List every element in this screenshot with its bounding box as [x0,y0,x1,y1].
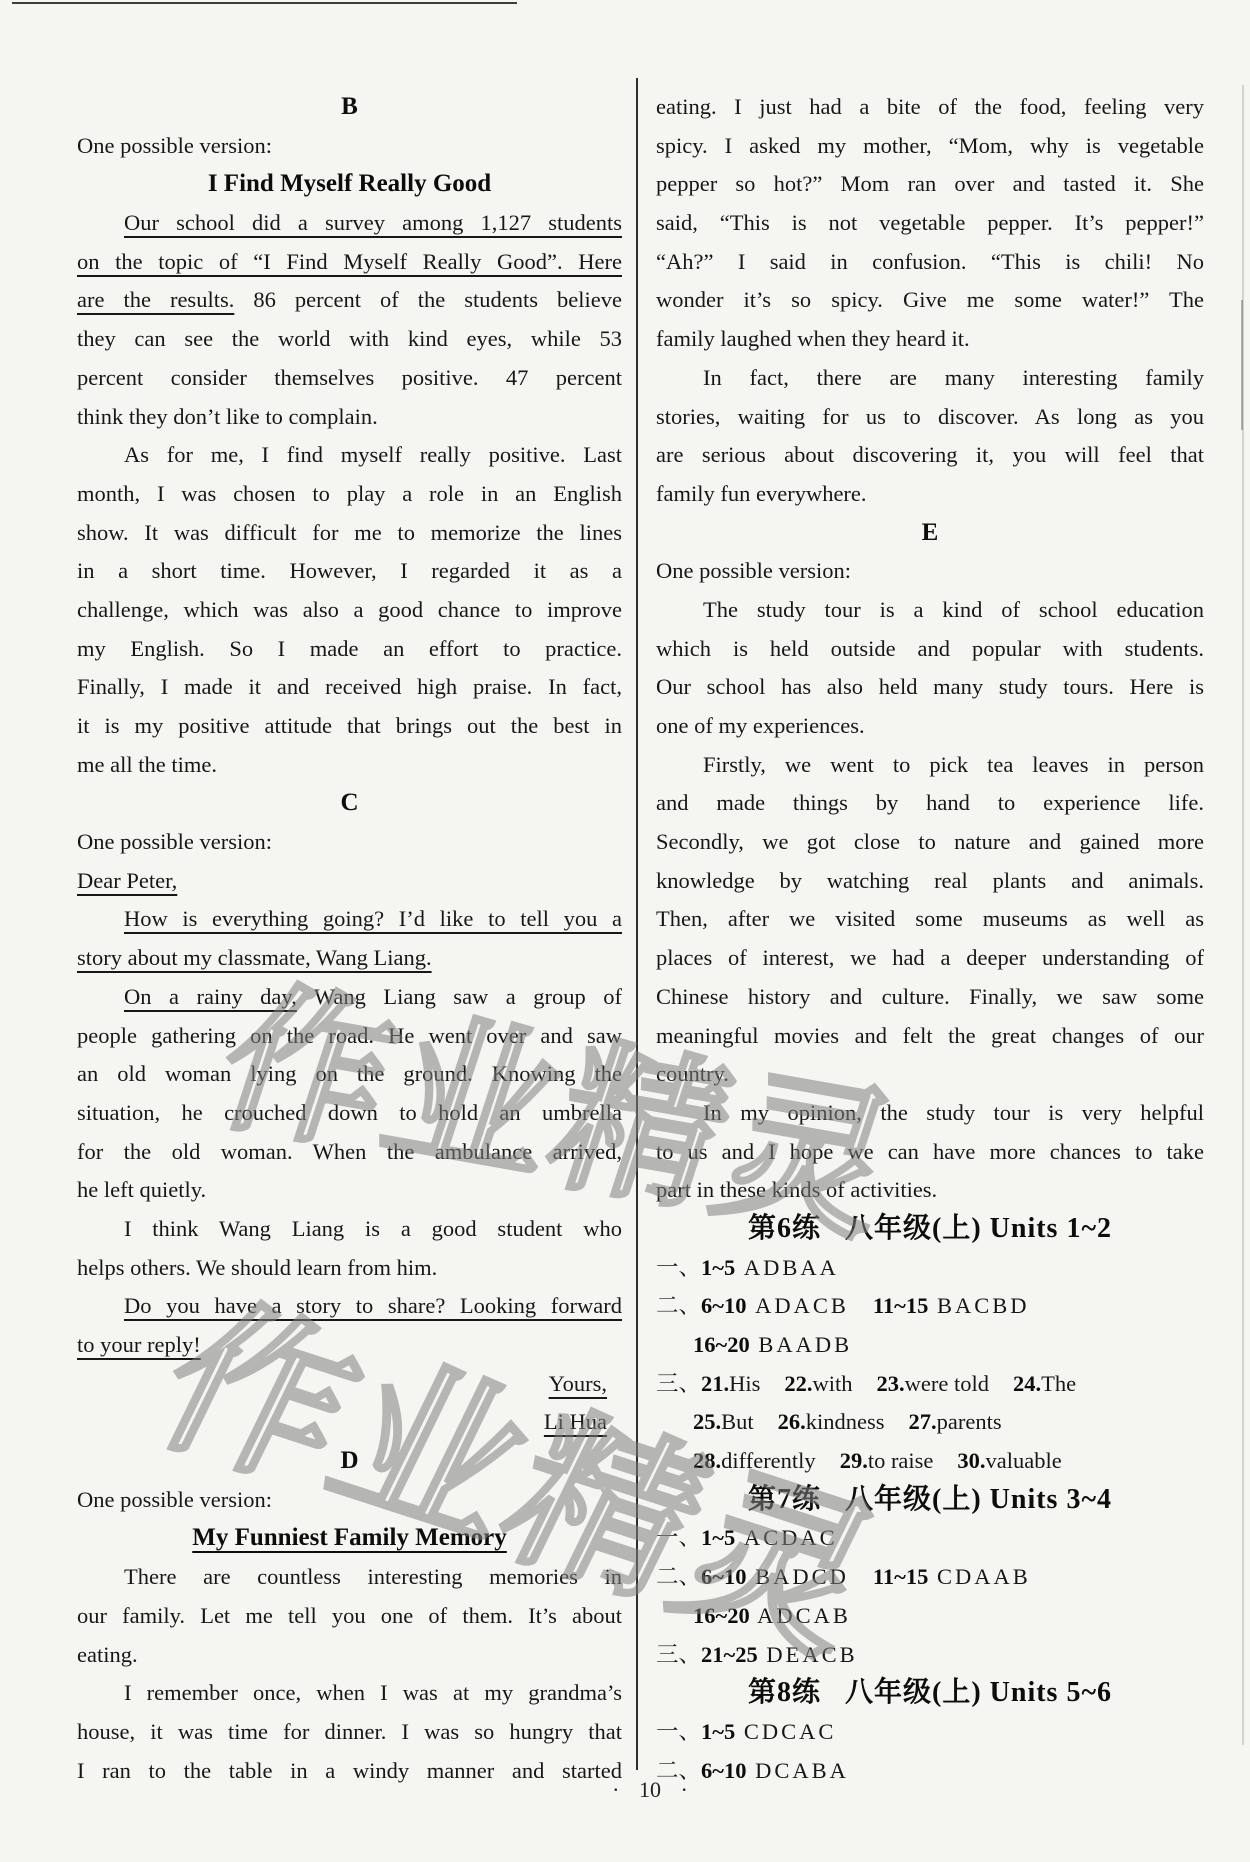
answer-line: 二、6~10 BADCD11~15 CDAAB [656,1558,1204,1597]
text-segment: me all the time. [77,752,217,777]
text-segment: month, I was chosen to play a role in an… [77,481,622,506]
text-segment: 八年级(上) Units 5~6 [845,1677,1112,1708]
text-line: meaningful movies and felt the great cha… [656,1017,1204,1056]
text-segment: 1~5 [701,1255,735,1280]
text-segment: The [1041,1371,1076,1396]
text-line: pepper so hot?” Mom ran over and tasted … [656,165,1204,204]
text-segment: Finally, I made it and received high pra… [77,674,622,699]
text-segment: 二、 [656,1293,701,1318]
label-version: One possible version: [656,552,1204,591]
text-segment: 23. [877,1371,905,1396]
text-segment: Firstly, we went to pick tea leaves in p… [703,752,1204,777]
text-segment: Chinese history and culture. Finally, we… [656,984,1204,1009]
text-segment: I think Wang Liang is a good student who [124,1216,622,1241]
text-segment: 一、 [656,1525,701,1550]
text-line: house, it was time for dinner. I was so … [77,1713,622,1752]
text-line: I think Wang Liang is a good student who [77,1210,622,1249]
text-line: and made things by hand to experience li… [656,784,1204,823]
text-line: Our school has also held many study tour… [656,668,1204,707]
text-segment: 21~25 [701,1642,758,1667]
text-line: in a short time. However, I regarded it … [77,552,622,591]
text-line: In my opinion, the study tour is very he… [656,1094,1204,1133]
text-line: Our school did a survey among 1,127 stud… [77,204,622,243]
text-segment: One possible version: [77,829,272,854]
text-segment: kindness [806,1409,885,1434]
text-segment: How is everything going? I’d like to tel… [124,906,622,931]
text-line: month, I was chosen to play a role in an… [77,475,622,514]
text-segment: knowledge by watching real plants and an… [656,868,1204,893]
text-segment: “Ah?” I said in confusion. “This is chil… [656,249,1204,274]
text-segment: wonder it’s so spicy. Give me some water… [656,287,1204,312]
text-segment: spicy. I asked my mother, “Mom, why is v… [656,133,1204,158]
text-segment: house, it was time for dinner. I was so … [77,1719,622,1744]
text-line: for the old woman. When the ambulance ar… [77,1133,622,1172]
text-segment: country. [656,1061,729,1086]
text-segment: 29. [840,1448,868,1473]
text-segment: B [341,93,358,120]
letter-salutation: Dear Peter, [77,862,622,901]
text-segment: 6~10 [701,1293,746,1318]
text-line: part in these kinds of activities. [656,1171,1204,1210]
section-letter-b: B [77,88,622,127]
text-line: percent consider themselves positive. 47… [77,359,622,398]
text-segment: 21. [701,1371,729,1396]
answer-line: 二、6~10 ADACB11~15 BACBD [656,1287,1204,1326]
page-number: · 10 · [550,1775,750,1805]
text-line: I ran to the table in a windy manner and… [77,1752,622,1791]
text-segment: As for me, I find myself really positive… [124,442,622,467]
text-segment: helps others. We should learn from him. [77,1255,437,1280]
answer-heading-lesson8: 第8练八年级(上) Units 5~6 [656,1674,1204,1713]
text-segment: DEACB [758,1642,858,1667]
column-divider [636,78,638,1770]
text-segment: which is held outside and popular with s… [656,636,1204,661]
text-segment: 25. [693,1409,721,1434]
answer-line: 三、21~25 DEACB [656,1636,1204,1675]
text-segment: BACBD [928,1293,1029,1318]
text-segment: story about my classmate, Wang Liang. [77,945,432,970]
text-segment: Do you have a story to share? Looking fo… [124,1293,622,1318]
text-segment: DCABA [746,1758,848,1783]
text-segment: 11~15 [873,1564,928,1589]
text-line: which is held outside and popular with s… [656,630,1204,669]
text-line: challenge, which was also a good chance … [77,591,622,630]
text-segment: One possible version: [77,1487,272,1512]
text-line: it is my positive attitude that brings o… [77,707,622,746]
text-segment: 6~10 [701,1564,746,1589]
text-segment: 二、 [656,1564,701,1589]
section-letter-d: D [77,1442,622,1481]
text-segment: eating. I just had a bite of the food, f… [656,94,1204,119]
text-line: think they don’t like to complain. [77,398,622,437]
text-line: stories, waiting for us to discover. As … [656,398,1204,437]
text-segment: I remember once, when I was at my grandm… [124,1680,622,1705]
text-segment: family laughed when they heard it. [656,326,970,351]
label-version: One possible version: [77,127,622,166]
text-segment: our family. Let me tell you one of them.… [77,1603,622,1628]
text-segment: 一、 [656,1719,701,1744]
text-line: As for me, I find myself really positive… [77,436,622,475]
text-segment: it is my positive attitude that brings o… [77,713,622,738]
text-line: eating. [77,1636,622,1675]
text-segment: 1~5 [701,1525,735,1550]
text-segment: The study tour is a kind of school educa… [703,597,1204,622]
text-line: me all the time. [77,746,622,785]
text-segment: part in these kinds of activities. [656,1177,937,1202]
text-line: In fact, there are many interesting fami… [656,359,1204,398]
text-line: There are countless interesting memories… [77,1558,622,1597]
text-segment: I Find Myself Really Good [208,170,491,197]
text-segment: said, “This is not vegetable pepper. It’… [656,210,1204,235]
text-segment: were told [905,1371,989,1396]
text-segment: 一、 [656,1255,701,1280]
letter-signature: Li Hua [77,1403,622,1442]
text-segment: parents [937,1409,1002,1434]
text-segment: C [340,789,358,816]
text-line: knowledge by watching real plants and an… [656,862,1204,901]
text-line: my English. So I made an effort to pract… [77,630,622,669]
text-segment: 第6练 [748,1213,821,1244]
text-segment: 三、 [656,1642,701,1667]
text-segment: Secondly, we got close to nature and gai… [656,829,1204,854]
answer-line: 三、21.His22.with23.were told24.The [656,1365,1204,1404]
text-segment: are the results. [77,287,234,312]
text-line: helps others. We should learn from him. [77,1249,622,1288]
text-segment: think they don’t like to complain. [77,404,378,429]
text-line: our family. Let me tell you one of them.… [77,1597,622,1636]
text-segment: On a rainy day, [124,984,297,1009]
text-segment: 28. [693,1448,721,1473]
text-segment: pepper so hot?” Mom ran over and tasted … [656,171,1204,196]
text-segment: D [340,1447,358,1474]
text-line: I remember once, when I was at my grandm… [77,1674,622,1713]
essay-title-b: I Find Myself Really Good [77,165,622,204]
text-segment: I ran to the table in a windy manner and… [77,1758,622,1783]
label-version: One possible version: [77,823,622,862]
answer-line: 28.differently29.to raise30.valuable [656,1442,1204,1481]
text-line: spicy. I asked my mother, “Mom, why is v… [656,127,1204,166]
text-segment: Yours, [549,1371,607,1396]
text-segment: Then, after we visited some museums as w… [656,906,1204,931]
text-line: wonder it’s so spicy. Give me some water… [656,281,1204,320]
text-segment: family fun everywhere. [656,481,867,506]
text-segment: 24. [1013,1371,1041,1396]
scanned-page: BOne possible version:I Find Myself Real… [0,0,1250,1862]
text-segment: ADBAA [735,1255,839,1280]
text-segment: 30. [957,1448,985,1473]
text-line: are serious about discovering it, you wi… [656,436,1204,475]
text-segment: are serious about discovering it, you wi… [656,442,1204,467]
letter-closing: Yours, [77,1365,622,1404]
text-segment: people gathering on the road. He went ov… [77,1023,622,1048]
answer-line: 一、1~5 ACDAC [656,1519,1204,1558]
text-line: Then, after we visited some museums as w… [656,900,1204,939]
text-segment: 第8练 [748,1677,821,1708]
text-line: Secondly, we got close to nature and gai… [656,823,1204,862]
text-line: “Ah?” I said in confusion. “This is chil… [656,243,1204,282]
text-segment: 26. [778,1409,806,1434]
text-segment: meaningful movies and felt the great cha… [656,1023,1204,1048]
right-column: eating. I just had a bite of the food, f… [656,88,1204,1790]
text-line: they can see the world with kind eyes, w… [77,320,622,359]
section-letter-e: E [656,514,1204,553]
text-segment: CDAAB [928,1564,1030,1589]
text-segment: stories, waiting for us to discover. As … [656,404,1204,429]
text-line: people gathering on the road. He went ov… [77,1017,622,1056]
text-line: places of interest, we had a deeper unde… [656,939,1204,978]
text-segment: to raise [868,1448,934,1473]
answer-line: 16~20 BAADB [656,1326,1204,1365]
scan-artifact-top-line [12,2,517,4]
text-segment: There are countless interesting memories… [124,1564,622,1589]
text-segment: One possible version: [656,558,851,583]
text-line: are the results. 86 percent of the stude… [77,281,622,320]
text-line: Finally, I made it and received high pra… [77,668,622,707]
text-segment: Li Hua [544,1409,607,1434]
text-line: situation, he crouched down to hold an u… [77,1094,622,1133]
left-column: BOne possible version:I Find Myself Real… [77,88,622,1790]
text-segment: valuable [986,1448,1062,1473]
text-segment: In fact, there are many interesting fami… [703,365,1204,390]
text-segment: in a short time. However, I regarded it … [77,558,622,583]
text-line: one of my experiences. [656,707,1204,746]
text-segment: E [922,519,939,546]
text-segment: In my opinion, the study tour is very he… [703,1100,1204,1125]
text-line: said, “This is not vegetable pepper. It’… [656,204,1204,243]
text-segment: CDCAC [735,1719,836,1744]
text-line: to us and I hope we can have more chance… [656,1133,1204,1172]
text-segment: ADACB [746,1293,848,1318]
text-segment: eating. [77,1642,138,1667]
text-line: The study tour is a kind of school educa… [656,591,1204,630]
text-line: an old woman lying on the ground. Knowin… [77,1055,622,1094]
text-segment: an old woman lying on the ground. Knowin… [77,1061,622,1086]
answer-heading-lesson6: 第6练八年级(上) Units 1~2 [656,1210,1204,1249]
text-line: Chinese history and culture. Finally, we… [656,978,1204,1017]
text-segment: situation, he crouched down to hold an u… [77,1100,622,1125]
text-segment: differently [721,1448,816,1473]
text-segment: But [721,1409,754,1434]
label-version: One possible version: [77,1481,622,1520]
text-segment: BAADB [750,1332,852,1357]
answer-line: 一、1~5 CDCAC [656,1713,1204,1752]
answer-line: 一、1~5 ADBAA [656,1249,1204,1288]
text-segment: Our school did a survey among 1,127 stud… [124,210,622,235]
text-line: On a rainy day, Wang Liang saw a group o… [77,978,622,1017]
text-segment: my English. So I made an effort to pract… [77,636,622,661]
text-segment: Wang Liang saw a group of [297,984,622,1009]
section-letter-c: C [77,784,622,823]
text-segment: 八年级(上) Units 3~4 [845,1484,1112,1515]
text-segment: ADCAB [750,1603,851,1628]
text-segment: My Funniest Family Memory [192,1524,507,1551]
text-segment: 第7练 [748,1484,821,1515]
text-segment: to us and I hope we can have more chance… [656,1139,1204,1164]
text-segment: one of my experiences. [656,713,865,738]
answer-line: 25.But26.kindness27.parents [656,1403,1204,1442]
text-segment: and made things by hand to experience li… [656,790,1204,815]
text-line: he left quietly. [77,1171,622,1210]
text-segment: Our school has also held many study tour… [656,674,1204,699]
text-segment: challenge, which was also a good chance … [77,597,622,622]
text-line: show. It was difficult for me to memoriz… [77,514,622,553]
text-segment: 27. [909,1409,937,1434]
text-segment: show. It was difficult for me to memoriz… [77,520,622,545]
text-segment: ACDAC [735,1525,837,1550]
text-segment: His [729,1371,760,1396]
text-segment: 16~20 [693,1603,750,1628]
text-segment: 86 percent of the students believe [234,287,622,312]
text-segment: 11~15 [873,1293,928,1318]
text-line: How is everything going? I’d like to tel… [77,900,622,939]
text-line: country. [656,1055,1204,1094]
text-segment: 三、 [656,1371,701,1396]
text-segment: they can see the world with kind eyes, w… [77,326,622,351]
text-line: family laughed when they heard it. [656,320,1204,359]
text-segment: places of interest, we had a deeper unde… [656,945,1204,970]
answer-line: 16~20 ADCAB [656,1597,1204,1636]
text-line: to your reply! [77,1326,622,1365]
text-line: Do you have a story to share? Looking fo… [77,1287,622,1326]
text-segment: One possible version: [77,133,272,158]
text-segment: with [813,1371,853,1396]
text-line: family fun everywhere. [656,475,1204,514]
text-segment: 1~5 [701,1719,735,1744]
text-line: story about my classmate, Wang Liang. [77,939,622,978]
answer-heading-lesson7: 第7练八年级(上) Units 3~4 [656,1481,1204,1520]
text-line: on the topic of “I Find Myself Really Go… [77,243,622,282]
text-segment: on the topic of “I Find Myself Really Go… [77,249,622,274]
text-segment: 22. [784,1371,812,1396]
text-segment: 八年级(上) Units 1~2 [845,1213,1112,1244]
essay-title-d: My Funniest Family Memory [77,1519,622,1558]
text-segment: he left quietly. [77,1177,206,1202]
text-segment: BADCD [746,1564,848,1589]
text-segment: Dear Peter, [77,868,177,893]
text-segment: 16~20 [693,1332,750,1357]
text-segment: percent consider themselves positive. 47… [77,365,622,390]
text-line: eating. I just had a bite of the food, f… [656,88,1204,127]
text-line: Firstly, we went to pick tea leaves in p… [656,746,1204,785]
text-segment: to your reply! [77,1332,201,1357]
text-segment: for the old woman. When the ambulance ar… [77,1139,622,1164]
scan-artifact-right-mark [1241,300,1243,430]
